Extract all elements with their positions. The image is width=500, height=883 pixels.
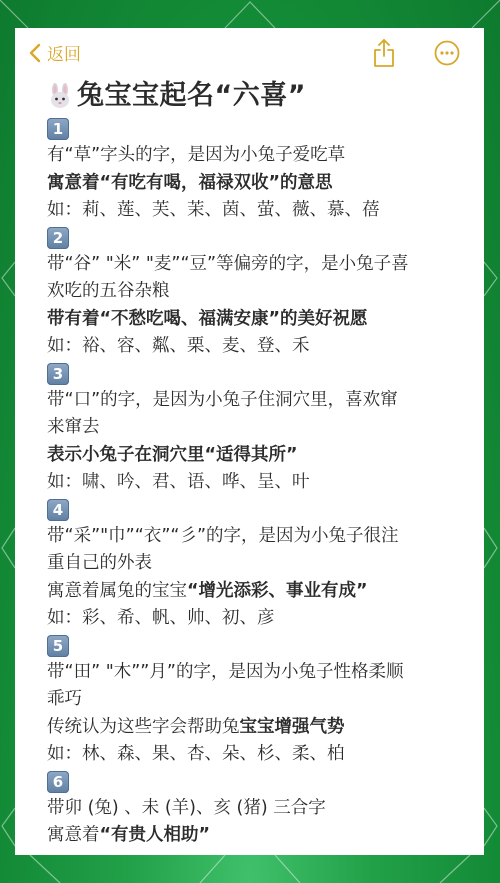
- share-icon: [372, 38, 396, 68]
- section-text: 乖巧: [47, 686, 474, 714]
- more-button[interactable]: [434, 40, 460, 70]
- meaning-highlight: 宝宝增强气势: [240, 717, 345, 737]
- section-meaning: 传统认为这些字会帮助兔宝宝增强气势: [47, 714, 474, 742]
- section-examples: 如：啸、吟、君、语、哗、呈、叶: [47, 469, 474, 497]
- rabbit-face-icon: [47, 83, 73, 109]
- section-6: 6 带卯 (兔) 、未 (羊)、亥 (猪) 三合字 寓意着“有贵人相助”: [47, 771, 474, 850]
- section-text: 来窜去: [47, 414, 474, 442]
- page-title: 兔宝宝起名“六喜”: [47, 76, 474, 116]
- section-examples: 如：莉、莲、芙、茉、茵、萤、薇、慕、蓓: [47, 197, 474, 225]
- note-content: 兔宝宝起名“六喜” 1 有“草”字头的字，是因为小兔子爱吃草 寓意着“有吃有喝，…: [47, 76, 474, 850]
- keycap-6-icon: 6: [47, 771, 69, 793]
- section-text: 带“口”的字，是因为小兔子住洞穴里，喜欢窜: [47, 387, 474, 415]
- section-meaning: 寓意着属兔的宝宝“增光添彩、事业有成”: [47, 578, 474, 606]
- title-text: 兔宝宝起名“六喜”: [77, 76, 306, 116]
- meaning-highlight: “增光添彩、事业有成”: [187, 581, 368, 601]
- section-examples: 如：林、森、果、杏、朵、杉、柔、柏: [47, 741, 474, 769]
- section-meaning: 表示小兔子在洞穴里“适得其所”: [47, 442, 474, 470]
- back-label: 返回: [47, 40, 81, 65]
- section-examples: 如：彩、希、帆、帅、初、彦: [47, 605, 474, 633]
- more-icon: [434, 40, 460, 66]
- back-button[interactable]: 返回: [29, 40, 81, 65]
- meaning-prefix: 寓意着属兔的宝宝: [47, 581, 187, 601]
- section-text: 重自己的外表: [47, 550, 474, 578]
- meaning-highlight: “有贵人相助”: [100, 825, 211, 845]
- keycap-1-icon: 1: [47, 118, 69, 140]
- section-3: 3 带“口”的字，是因为小兔子住洞穴里，喜欢窜 来窜去 表示小兔子在洞穴里“适得…: [47, 363, 474, 497]
- section-examples: 如：裕、容、粼、栗、麦、登、禾: [47, 333, 474, 361]
- section-text: 带“谷” "米” "麦”“豆”等偏旁的字，是小兔子喜: [47, 251, 474, 279]
- section-meaning: 寓意着“有吃有喝，福禄双收”的意思: [47, 170, 474, 198]
- chevron-left-icon: [29, 43, 41, 63]
- section-text: 带“采”"巾”“衣”“彡”的字，是因为小兔子很注: [47, 523, 474, 551]
- section-1: 1 有“草”字头的字，是因为小兔子爱吃草 寓意着“有吃有喝，福禄双收”的意思 如…: [47, 118, 474, 225]
- meaning-prefix: 寓意着: [47, 825, 100, 845]
- section-text: 有“草”字头的字，是因为小兔子爱吃草: [47, 142, 474, 170]
- section-2: 2 带“谷” "米” "麦”“豆”等偏旁的字，是小兔子喜 欢吃的五谷杂粮 带有着…: [47, 227, 474, 361]
- section-text: 带“田” "木””月”的字，是因为小兔子性格柔顺: [47, 659, 474, 687]
- section-text: 欢吃的五谷杂粮: [47, 278, 474, 306]
- section-text: 带卯 (兔) 、未 (羊)、亥 (猪) 三合字: [47, 795, 474, 823]
- navbar: 返回: [15, 28, 484, 78]
- keycap-4-icon: 4: [47, 499, 69, 521]
- keycap-2-icon: 2: [47, 227, 69, 249]
- share-button[interactable]: [372, 38, 396, 72]
- keycap-5-icon: 5: [47, 635, 69, 657]
- section-meaning: 寓意着“有贵人相助”: [47, 822, 474, 850]
- section-meaning: 带有着“不愁吃喝、福满安康”的美好祝愿: [47, 306, 474, 334]
- keycap-3-icon: 3: [47, 363, 69, 385]
- meaning-prefix: 传统认为这些字会帮助兔: [47, 717, 240, 737]
- section-4: 4 带“采”"巾”“衣”“彡”的字，是因为小兔子很注 重自己的外表 寓意着属兔的…: [47, 499, 474, 633]
- section-5: 5 带“田” "木””月”的字，是因为小兔子性格柔顺 乖巧 传统认为这些字会帮助…: [47, 635, 474, 769]
- note-card: 返回: [15, 28, 484, 855]
